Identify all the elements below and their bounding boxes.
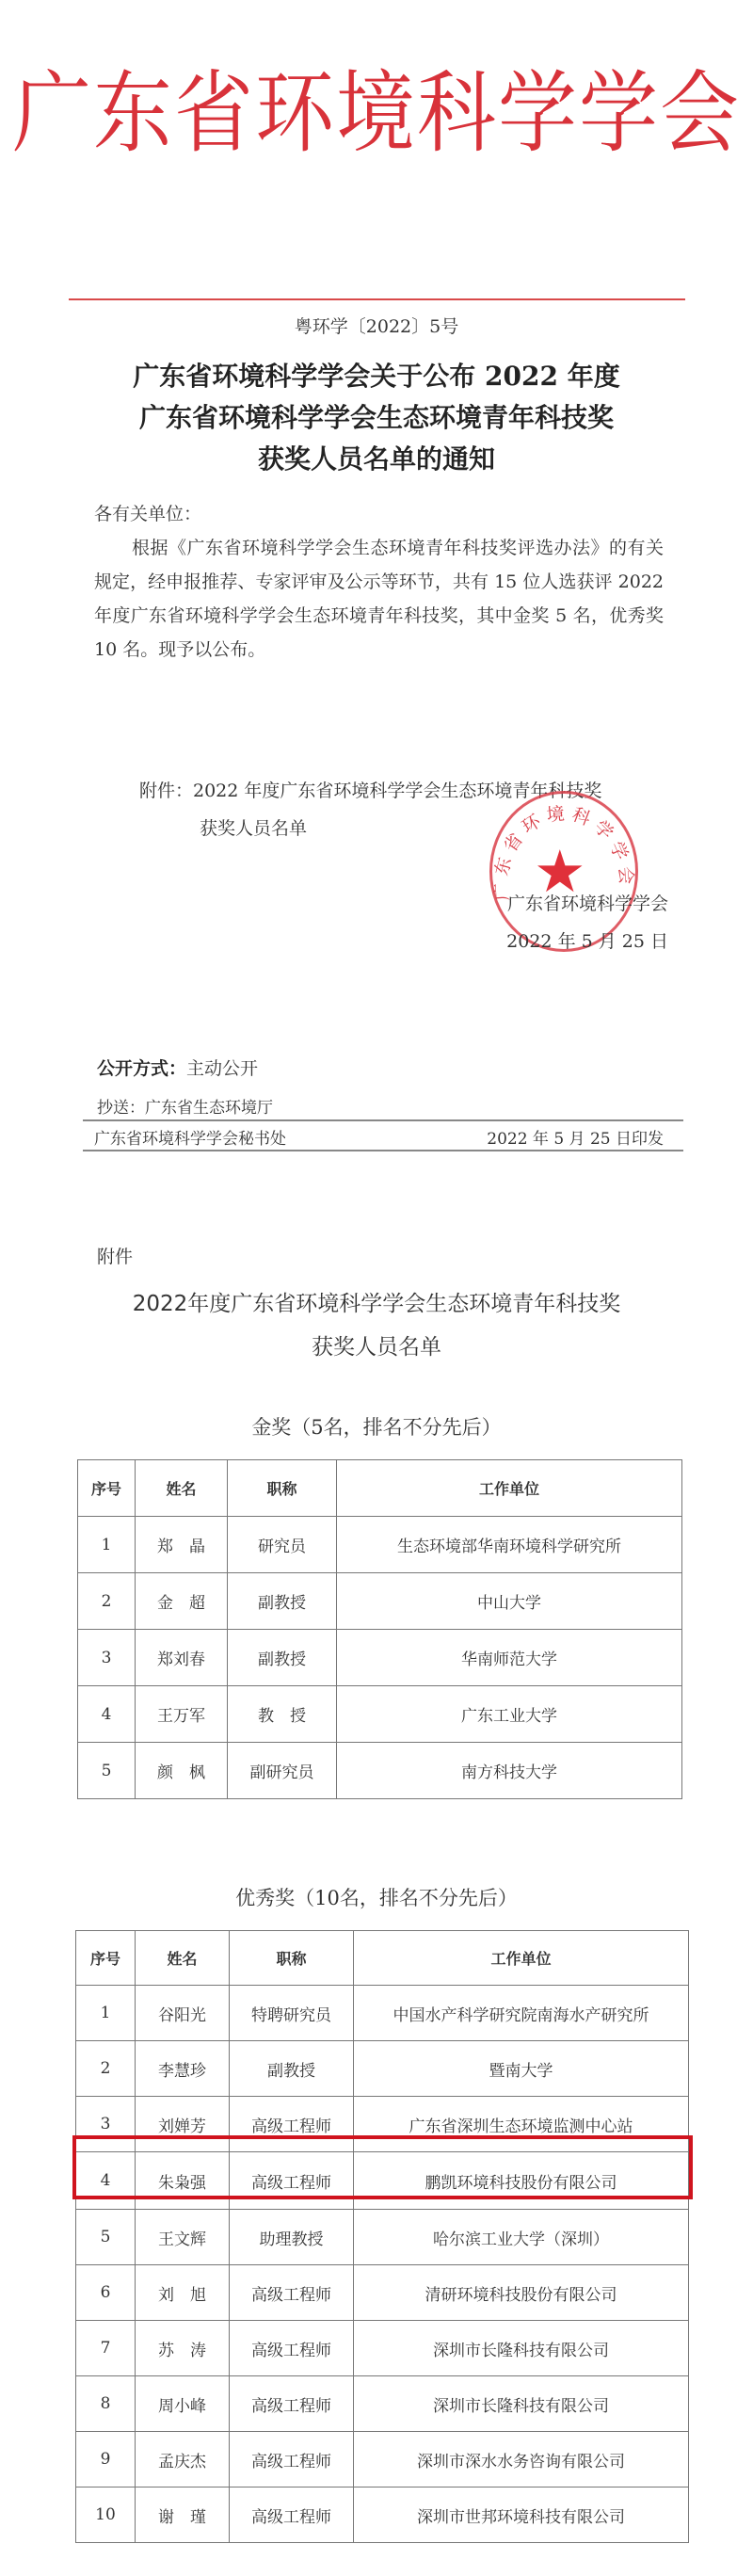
attachment-label: 附件: [97, 1243, 133, 1268]
table-row: 3 刘婵芳 高级工程师 广东省深圳生态环境监测中心站: [76, 2097, 689, 2152]
letterhead-org-name: 广东省环境科学学会: [0, 60, 753, 166]
gold-award-table: 序号 姓名 职称 工作单位 1 郑 晶 研究员 生态环境部华南环境科学研究所 2…: [77, 1459, 682, 1799]
cell-name: 孟庆杰: [136, 2432, 230, 2487]
salutation: 各有关单位：: [94, 497, 664, 531]
cell-no: 9: [76, 2432, 136, 2487]
signature-org: 广东省环境科学学会: [461, 890, 668, 915]
cell-name: 郑刘春: [136, 1630, 228, 1686]
cell-unit: 深圳市长隆科技有限公司: [354, 2376, 689, 2432]
cell-unit: 南方科技大学: [337, 1743, 682, 1799]
document-number: 粤环学〔2022〕5号: [0, 313, 753, 338]
cell-name: 郑 晶: [136, 1517, 228, 1573]
letterhead-divider: [69, 298, 685, 300]
cell-name: 金 超: [136, 1573, 228, 1630]
table-row: 5 王文辉 助理教授 哈尔滨工业大学（深圳）: [76, 2210, 689, 2265]
cell-title: 高级工程师: [230, 2265, 354, 2321]
attachment-title-line: 2022年度广东省环境科学学会生态环境青年科技奖: [0, 1282, 753, 1326]
excellence-award-table: 序号 姓名 职称 工作单位 1 谷阳光 特聘研究员 中国水产科学研究院南海水产研…: [75, 1930, 689, 2543]
cell-no: 3: [78, 1630, 136, 1686]
gold-award-heading: 金奖（5名，排名不分先后）: [0, 1412, 753, 1441]
cell-name: 谷阳光: [136, 1986, 230, 2041]
excellence-award-heading: 优秀奖（10名，排名不分先后）: [0, 1883, 753, 1911]
table-row: 6 刘 旭 高级工程师 清研环境科技股份有限公司: [76, 2265, 689, 2321]
cell-name: 朱枭强: [136, 2152, 230, 2210]
cell-no: 6: [76, 2265, 136, 2321]
column-header: 工作单位: [354, 1931, 689, 1986]
cell-unit: 广东工业大学: [337, 1686, 682, 1743]
table-row-highlighted: 4 朱枭强 高级工程师 鹏凯环境科技股份有限公司: [76, 2152, 689, 2210]
cell-title: 高级工程师: [230, 2321, 354, 2376]
svg-text:广东省环境科学学会: 广东省环境科学学会: [490, 803, 636, 902]
attachment-title-line: 获奖人员名单: [0, 1326, 753, 1369]
column-header: 职称: [228, 1460, 337, 1517]
cell-name: 颜 枫: [136, 1743, 228, 1799]
footer-rule-bottom: [83, 1150, 683, 1151]
cell-name: 王万军: [136, 1686, 228, 1743]
cell-name: 苏 涛: [136, 2321, 230, 2376]
table-row: 10 谢 瑾 高级工程师 深圳市世邦环境科技有限公司: [76, 2487, 689, 2543]
cell-unit: 中山大学: [337, 1573, 682, 1630]
cell-unit: 哈尔滨工业大学（深圳）: [354, 2210, 689, 2265]
table-row: 4 王万军 教 授 广东工业大学: [78, 1686, 682, 1743]
table-row: 1 郑 晶 研究员 生态环境部华南环境科学研究所: [78, 1517, 682, 1573]
table-row: 9 孟庆杰 高级工程师 深圳市深水水务咨询有限公司: [76, 2432, 689, 2487]
cc-line: 抄送：广东省生态环境厅: [97, 1094, 273, 1118]
notice-title-line: 广东省环境科学学会生态环境青年科技奖: [0, 397, 753, 439]
cell-title: 高级工程师: [230, 2376, 354, 2432]
signature-date: 2022 年 5 月 25 日: [461, 927, 668, 953]
disclosure-value: 主动公开: [186, 1058, 258, 1079]
cell-title: 副研究员: [228, 1743, 337, 1799]
cell-no: 1: [78, 1517, 136, 1573]
cell-unit: 清研环境科技股份有限公司: [354, 2265, 689, 2321]
table-header-row: 序号 姓名 职称 工作单位: [76, 1931, 689, 1986]
notice-title-line: 获奖人员名单的通知: [0, 439, 753, 480]
cell-title: 副教授: [228, 1630, 337, 1686]
cell-unit: 深圳市世邦环境科技有限公司: [354, 2487, 689, 2543]
disclosure-label: 公开方式：: [97, 1058, 186, 1079]
cell-no: 1: [76, 1986, 136, 2041]
cell-title: 副教授: [228, 1573, 337, 1630]
cell-title: 助理教授: [230, 2210, 354, 2265]
cell-unit: 深圳市长隆科技有限公司: [354, 2321, 689, 2376]
issuer-line: 广东省环境科学学会秘书处 2022 年 5 月 25 日印发: [94, 1125, 664, 1149]
column-header: 姓名: [136, 1931, 230, 1986]
cell-title: 高级工程师: [230, 2097, 354, 2152]
cell-no: 3: [76, 2097, 136, 2152]
table-row: 3 郑刘春 副教授 华南师范大学: [78, 1630, 682, 1686]
table-row: 2 金 超 副教授 中山大学: [78, 1573, 682, 1630]
attachment-title: 2022年度广东省环境科学学会生态环境青年科技奖 获奖人员名单: [0, 1282, 753, 1369]
cell-name: 王文辉: [136, 2210, 230, 2265]
cell-no: 4: [78, 1686, 136, 1743]
column-header: 序号: [78, 1460, 136, 1517]
notice-title: 广东省环境科学学会关于公布 2022 年度 广东省环境科学学会生态环境青年科技奖…: [0, 356, 753, 480]
cell-unit: 华南师范大学: [337, 1630, 682, 1686]
cell-title: 副教授: [230, 2041, 354, 2097]
cell-name: 李慧珍: [136, 2041, 230, 2097]
cc-value: 广东省生态环境厅: [145, 1099, 273, 1118]
notice-title-line: 广东省环境科学学会关于公布 2022 年度: [0, 356, 753, 397]
cell-no: 4: [76, 2152, 136, 2210]
seal-text: 广东省环境科学学会: [490, 803, 636, 902]
cell-title: 特聘研究员: [230, 1986, 354, 2041]
column-header: 职称: [230, 1931, 354, 1986]
cell-unit: 深圳市深水水务咨询有限公司: [354, 2432, 689, 2487]
issuer-name: 广东省环境科学学会秘书处: [94, 1125, 286, 1149]
footer-rule-top: [83, 1119, 683, 1121]
cell-no: 5: [78, 1743, 136, 1799]
cell-name: 刘 旭: [136, 2265, 230, 2321]
cell-title: 教 授: [228, 1686, 337, 1743]
table-row: 7 苏 涛 高级工程师 深圳市长隆科技有限公司: [76, 2321, 689, 2376]
cell-no: 8: [76, 2376, 136, 2432]
cell-title: 高级工程师: [230, 2432, 354, 2487]
cc-label: 抄送：: [97, 1099, 145, 1118]
column-header: 姓名: [136, 1460, 228, 1517]
column-header: 工作单位: [337, 1460, 682, 1517]
cell-no: 2: [76, 2041, 136, 2097]
disclosure-line: 公开方式：主动公开: [97, 1055, 258, 1080]
table-header-row: 序号 姓名 职称 工作单位: [78, 1460, 682, 1517]
table-row: 2 李慧珍 副教授 暨南大学: [76, 2041, 689, 2097]
cell-unit: 鹏凯环境科技股份有限公司: [354, 2152, 689, 2210]
cell-no: 2: [78, 1573, 136, 1630]
table-row: 8 周小峰 高级工程师 深圳市长隆科技有限公司: [76, 2376, 689, 2432]
cell-title: 研究员: [228, 1517, 337, 1573]
cell-name: 刘婵芳: [136, 2097, 230, 2152]
cell-name: 周小峰: [136, 2376, 230, 2432]
table-row: 1 谷阳光 特聘研究员 中国水产科学研究院南海水产研究所: [76, 1986, 689, 2041]
cell-no: 10: [76, 2487, 136, 2543]
cell-title: 高级工程师: [230, 2487, 354, 2543]
table-row: 5 颜 枫 副研究员 南方科技大学: [78, 1743, 682, 1799]
cell-no: 5: [76, 2210, 136, 2265]
cell-no: 7: [76, 2321, 136, 2376]
cell-unit: 广东省深圳生态环境监测中心站: [354, 2097, 689, 2152]
column-header: 序号: [76, 1931, 136, 1986]
cell-unit: 暨南大学: [354, 2041, 689, 2097]
cell-unit: 中国水产科学研究院南海水产研究所: [354, 1986, 689, 2041]
issue-date: 2022 年 5 月 25 日印发: [487, 1125, 664, 1149]
cell-unit: 生态环境部华南环境科学研究所: [337, 1517, 682, 1573]
cell-title: 高级工程师: [230, 2152, 354, 2210]
notice-paragraph: 根据《广东省环境科学学会生态环境青年科技奖评选办法》的有关规定，经申报推荐、专家…: [94, 531, 664, 667]
cell-name: 谢 瑾: [136, 2487, 230, 2543]
